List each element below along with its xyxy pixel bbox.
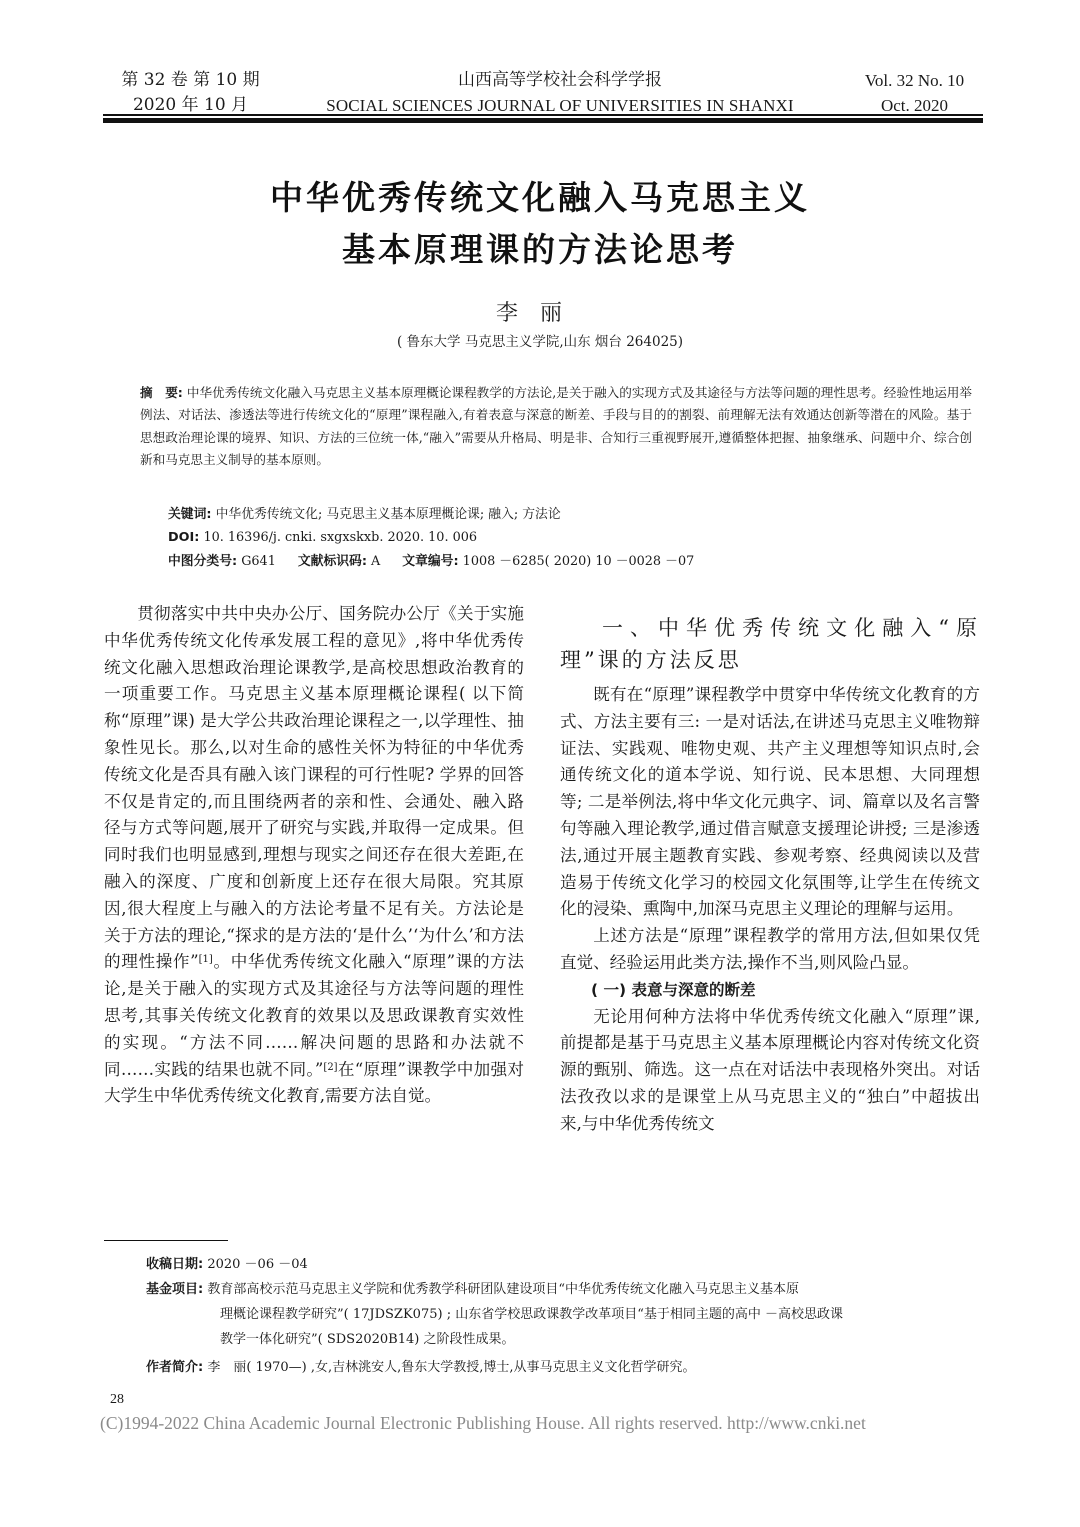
volume-issue: 第 32 卷 第 10 期 xyxy=(118,68,263,93)
paragraph: 既有在“原理”课程教学中贯穿中华传统文化教育的方式、方法主要有三: 一是对话法,… xyxy=(560,682,980,923)
title-line-1: 中华优秀传统文化融入马克思主义 xyxy=(0,172,1080,224)
paragraph: 无论用何种方法将中华优秀传统文化融入“原理”课,前提都是基于马克思主义基本原理概… xyxy=(560,1004,980,1138)
abstract-text: 中华优秀传统文化融入马克思主义基本原理概论课程教学的方法论,是关于融入的实现方式… xyxy=(140,385,972,467)
classification-info: 中图分类号: G641文献标识码: A文章编号: 1008 －6285( 202… xyxy=(168,551,968,573)
body-left-column: 贯彻落实中共中央办公厅、国务院办公厅《关于实施中华优秀传统文化传承发展工程的意见… xyxy=(104,601,524,1110)
subsection-heading-1: ( 一) 表意与深意的断差 xyxy=(560,977,980,1004)
clc-label: 中图分类号: xyxy=(168,554,237,569)
doi-value: 10. 16396/j. cnki. sxgxskxb. 2020. 10. 0… xyxy=(203,530,477,545)
volume-issue-en: Vol. 32 No. 10 xyxy=(842,68,987,93)
doc-code-label: 文献标识码: xyxy=(298,554,367,569)
section-heading-1: 一、中华优秀传统文化融入“原理”课的方法反思 xyxy=(560,612,980,676)
author-name: 李丽 xyxy=(0,296,1080,327)
journal-volume-en: Vol. 32 No. 10 Oct. 2020 xyxy=(842,68,987,118)
journal-name-cn: 山西高等学校社会科学学报 xyxy=(300,68,820,93)
intro-paragraph: 贯彻落实中共中央办公厅、国务院办公厅《关于实施中华优秀传统文化传承发展工程的意见… xyxy=(104,601,524,1110)
author-bio-text: 李 丽( 1970—) ,女,吉林洮安人,鲁东大学教授,博士,从事马克思主义文化… xyxy=(207,1360,695,1375)
journal-name: 山西高等学校社会科学学报 SOCIAL SCIENCES JOURNAL OF … xyxy=(300,68,820,118)
article-no-label: 文章编号: xyxy=(402,554,458,569)
keywords-label: 关键词: xyxy=(168,507,212,522)
citation-ref-2[interactable]: [2] xyxy=(323,1062,337,1073)
intro-text-a: 贯彻落实中共中央办公厅、国务院办公厅《关于实施中华优秀传统文化传承发展工程的意见… xyxy=(104,604,524,971)
abstract: 摘 要: 中华优秀传统文化融入马克思主义基本原理概论课程教学的方法论,是关于融入… xyxy=(140,382,972,472)
fund-project: 基金项目: 教育部高校示范马克思主义学院和优秀教学科研团队建设项目“中华优秀传统… xyxy=(146,1277,986,1352)
clc-value: G641 xyxy=(241,554,276,569)
fund-text-3: 教学一体化研究”( SDS2020B14) 之阶段性成果。 xyxy=(146,1327,986,1352)
keywords: 关键词: 中华优秀传统文化; 马克思主义基本原理概论课; 融入; 方法论 xyxy=(168,504,968,526)
author-bio: 作者简介: 李 丽( 1970—) ,女,吉林洮安人,鲁东大学教授,博士,从事马… xyxy=(146,1355,986,1380)
fund-text-2: 理概论课程教学研究”( 17JDSZK075) ; 山东省学校思政课教学改革项目… xyxy=(146,1302,986,1327)
fund-label: 基金项目: xyxy=(146,1282,203,1297)
author-bio-label: 作者简介: xyxy=(146,1360,203,1375)
doc-code-value: A xyxy=(371,554,380,569)
abstract-label: 摘 要: xyxy=(140,385,183,400)
author-affiliation: ( 鲁东大学 马克思主义学院,山东 烟台 264025) xyxy=(0,330,1080,350)
citation-ref-1[interactable]: [1] xyxy=(199,954,213,965)
body-right-column: 一、中华优秀传统文化融入“原理”课的方法反思 既有在“原理”课程教学中贯穿中华传… xyxy=(560,612,980,1138)
copyright-notice: (C)1994-2022 China Academic Journal Elec… xyxy=(100,1413,866,1434)
fund-text-1: 教育部高校示范马克思主义学院和优秀教学科研团队建设项目“中华优秀传统文化融入马克… xyxy=(207,1282,799,1297)
received-value: 2020 －06 －04 xyxy=(207,1257,307,1272)
article-title: 中华优秀传统文化融入马克思主义 基本原理课的方法论思考 xyxy=(0,172,1080,276)
journal-volume-info: 第 32 卷 第 10 期 2020 年 10 月 xyxy=(118,68,263,118)
title-line-2: 基本原理课的方法论思考 xyxy=(0,224,1080,276)
page-number: 28 xyxy=(110,1392,124,1408)
article-no-value: 1008 －6285( 2020) 10 －0028 －07 xyxy=(463,554,695,569)
doi: DOI: 10. 16396/j. cnki. sxgxskxb. 2020. … xyxy=(168,527,968,549)
keywords-text: 中华优秀传统文化; 马克思主义基本原理概论课; 融入; 方法论 xyxy=(216,507,561,522)
paragraph: 上述方法是“原理”课程教学的常用方法,但如果仅凭直觉、经验运用此类方法,操作不当… xyxy=(560,923,980,977)
header-rule-thin xyxy=(103,114,983,116)
received-label: 收稿日期: xyxy=(146,1257,203,1272)
footnote-separator xyxy=(104,1240,228,1241)
doi-label: DOI: xyxy=(168,530,199,545)
received-date: 收稿日期: 2020 －06 －04 xyxy=(146,1252,986,1277)
header-rule-thick xyxy=(103,118,983,123)
